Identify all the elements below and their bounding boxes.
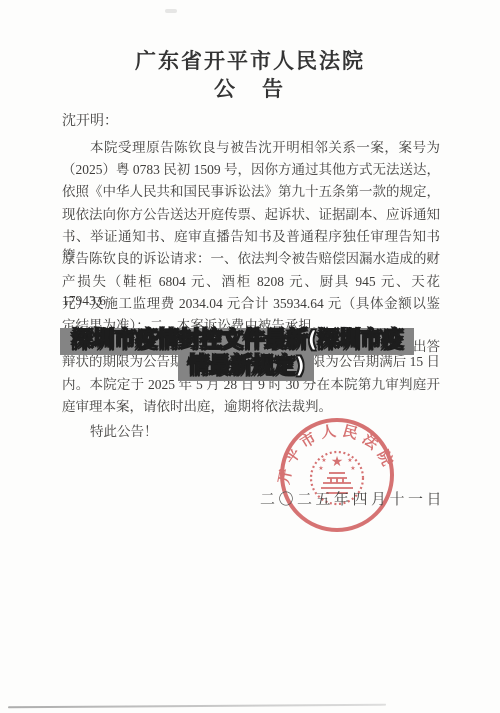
body-line: 书、举证通知书、庭审直播告知书及普通程序独任审理告知书等。: [62, 227, 440, 247]
addressee-salutation: 沈开明：: [62, 110, 118, 130]
body-line: 原告陈钦良的诉讼请求：一、依法判令被告赔偿因漏水造成的财: [62, 249, 440, 269]
seal-arc-text: 开平市人民法院: [277, 415, 397, 488]
closing-statement: 特此公告！: [90, 420, 158, 440]
body-line: 产损失（鞋柜 6804 元、酒柜 8208 元、厨具 945 元、天花 1794…: [62, 272, 440, 292]
svg-text:开平市人民法院: 开平市人民法院: [277, 415, 397, 488]
announcement-title: 公 告: [0, 73, 500, 103]
announcement-date: 二〇二五年四月十一日: [260, 488, 445, 509]
court-name-heading: 广东省开平市人民法院: [0, 45, 500, 75]
body-line: 现依法向你方公告送达开庭传票、起诉状、证据副本、应诉通知: [62, 205, 440, 225]
body-line: 依照《中华人民共和国民事诉讼法》第九十五条第一款的规定，: [62, 182, 440, 202]
scan-artifact-smudge: [165, 9, 177, 13]
body-line: （2025）粤 0783 民初 1509 号，因你方通过其他方式无法送达，: [62, 160, 440, 180]
svg-text:★: ★: [331, 454, 344, 470]
watermark-text-line2: 情最新规定): [178, 353, 314, 381]
svg-text:★: ★: [318, 465, 323, 472]
body-line: 元）及施工监理费 2034.04 元合计 35934.64 元（具体金额以鉴: [62, 294, 440, 314]
court-seal-stamp: 开平市人民法院 ★ ★ ★ ★ ★: [277, 414, 397, 536]
scan-artifact-shadow-line: [8, 704, 386, 709]
scanned-court-announcement: 广东省开平市人民法院 公 告 沈开明： 本院受理原告陈钦良与被告沈开明相邻关系一…: [0, 0, 500, 713]
svg-text:★: ★: [350, 465, 355, 472]
svg-text:★: ★: [347, 457, 352, 464]
svg-text:★: ★: [321, 457, 326, 464]
body-line: 本院受理原告陈钦良与被告沈开明相邻关系一案，案号为: [62, 138, 440, 158]
split-line-left-fragment: 辩状的期限为公告期: [62, 352, 184, 372]
watermark-text-line1: 深圳市疫情封控文件最新(深圳市疫: [60, 327, 414, 355]
split-line-right-fragment: 限为公告期满后 15 日: [312, 352, 440, 372]
